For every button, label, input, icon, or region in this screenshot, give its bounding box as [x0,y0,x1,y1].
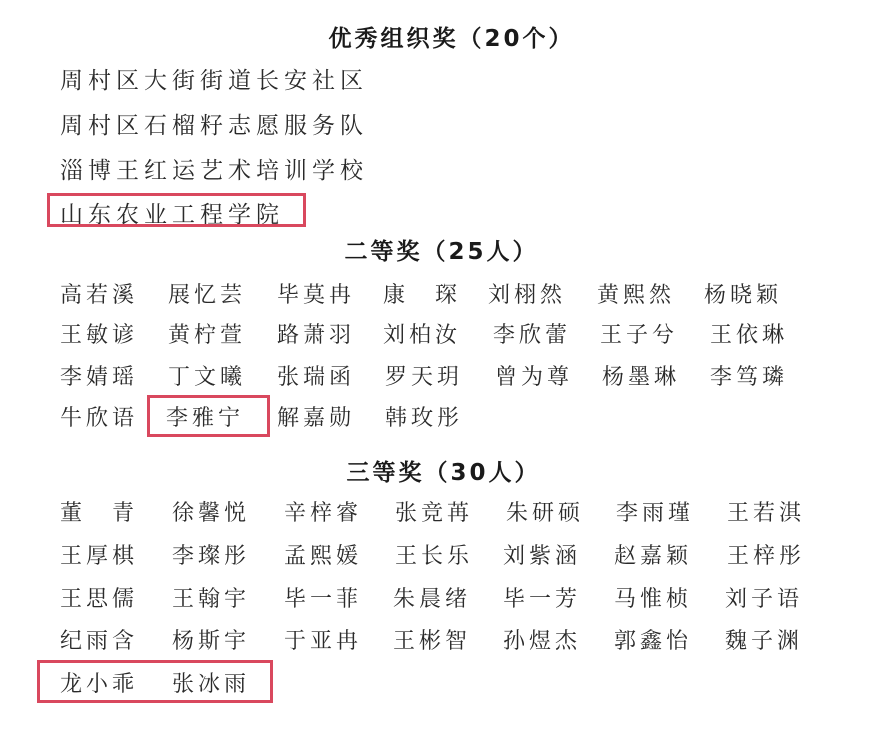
awardee-name: 张瑞函 [277,360,355,391]
awardee-name: 李璨彤 [172,539,250,570]
awardee-name: 孟熙媛 [284,539,362,570]
awardee-name: 王若淇 [727,496,805,527]
awardee-name: 徐馨悦 [172,496,250,527]
awardee-name: 展忆芸 [168,278,246,309]
awardee-name: 纪雨含 [60,624,138,655]
awardee-name: 王子兮 [600,318,678,349]
name-row: 董 青 徐馨悦 辛梓睿 张竞苒 朱研硕 李雨瑾 王若淇 [0,496,873,526]
awardee-name: 毕一芳 [503,582,581,613]
awardee-name: 罗天玥 [385,360,463,391]
awardee-name: 刘栩然 [488,278,566,309]
name-row: 纪雨含 杨斯宇 于亚冉 王彬智 孙煜杰 郭鑫怡 魏子渊 [0,624,873,654]
awardee-name: 刘紫涵 [503,539,581,570]
awardee-name: 杨晓颖 [704,278,782,309]
awardee-name: 李欣蕾 [493,318,571,349]
name-row: 王厚棋 李璨彤 孟熙媛 王长乐 刘紫涵 赵嘉颖 王梓彤 [0,539,873,569]
awardee-name: 李婧瑶 [60,360,138,391]
highlight-box [37,660,273,703]
section-title-third-prize: 三等奖（30人） [0,454,873,487]
awardee-name: 刘柏汝 [383,318,461,349]
org-item: 周村区石榴籽志愿服务队 [60,107,368,140]
awardee-name: 李笃璘 [710,360,788,391]
awardee-name: 朱研硕 [506,496,584,527]
awardee-name: 马惟桢 [614,582,692,613]
awardee-name: 高若溪 [60,278,138,309]
awardee-name: 王依琳 [710,318,788,349]
awardee-name: 韩玫彤 [385,401,463,432]
awardee-name: 曾为尊 [495,360,573,391]
awardee-name: 刘子语 [725,582,803,613]
awardee-name: 王思儒 [60,582,138,613]
awardee-name: 康 琛 [383,278,461,309]
name-row: 王思儒 王翰宇 毕一菲 朱晨绪 毕一芳 马惟桢 刘子语 [0,582,873,612]
section-title-second-prize: 二等奖（25人） [0,233,873,266]
awardee-name: 董 青 [60,496,138,527]
awardee-name: 王长乐 [395,539,473,570]
name-row: 李婧瑶 丁文曦 张瑞函 罗天玥 曾为尊 杨墨琳 李笃璘 [0,360,873,390]
name-row: 牛欣语 李雅宁 解嘉勋 韩玫彤 [0,401,873,431]
awardee-name: 王梓彤 [727,539,805,570]
highlight-box [147,395,270,437]
awardee-name: 杨斯宇 [172,624,250,655]
awardee-name: 李雨瑾 [616,496,694,527]
awardee-name: 路萧羽 [277,318,355,349]
name-row: 王敏谚 黄柠萱 路萧羽 刘柏汝 李欣蕾 王子兮 王依琳 [0,318,873,348]
awardee-name: 王彬智 [393,624,471,655]
awardee-name: 魏子渊 [725,624,803,655]
awardee-name: 丁文曦 [168,360,246,391]
awardee-name: 牛欣语 [60,401,138,432]
name-row: 高若溪 展忆芸 毕莫冉 康 琛 刘栩然 黄熙然 杨晓颖 [0,278,873,308]
org-item: 周村区大街街道长安社区 [60,62,368,95]
awardee-name: 郭鑫怡 [614,624,692,655]
awardee-name: 黄熙然 [597,278,675,309]
awardee-name: 朱晨绪 [393,582,471,613]
awardee-name: 黄柠萱 [168,318,246,349]
awardee-name: 杨墨琳 [602,360,680,391]
awardee-name: 王翰宇 [172,582,250,613]
awardee-name: 毕一菲 [284,582,362,613]
section-title-excellent-org: 优秀组织奖（20个） [0,20,873,53]
org-item: 淄博王红运艺术培训学校 [60,152,368,185]
awardee-name: 辛梓睿 [284,496,362,527]
awardee-name: 王敏谚 [60,318,138,349]
highlight-box [47,193,306,227]
awardee-name: 于亚冉 [284,624,362,655]
awardee-name: 解嘉勋 [277,401,355,432]
awardee-name: 赵嘉颖 [614,539,692,570]
awardee-name: 张竞苒 [395,496,473,527]
awardee-name: 毕莫冉 [277,278,355,309]
awardee-name: 孙煜杰 [503,624,581,655]
awardee-name: 王厚棋 [60,539,138,570]
